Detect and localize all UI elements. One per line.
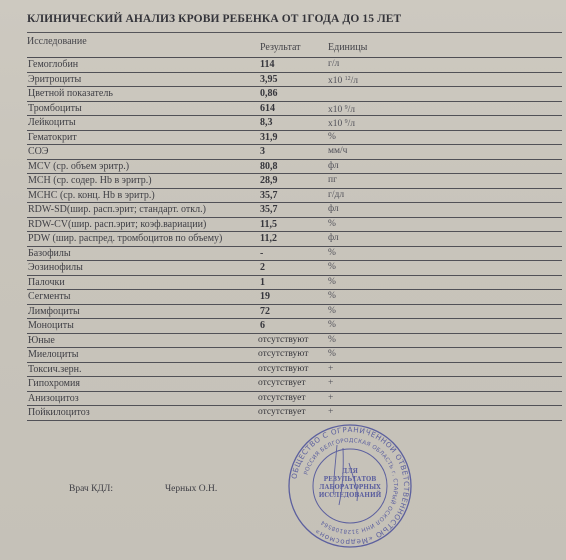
doctor-name: Черных О.Н.	[165, 484, 217, 494]
table-row: RDW-CV(шир. расп.эрит; коэф.вариации)11,…	[27, 218, 562, 233]
row-test-name: Эритроциты	[28, 73, 81, 86]
row-test-name: Юные	[28, 334, 55, 347]
table-row: Лейкоциты8,3x10 9/л	[27, 116, 562, 131]
table-row: Тромбоциты614x10 9/л	[27, 102, 562, 117]
column-header-study: Исследование	[27, 36, 87, 47]
row-result-value: 72	[260, 305, 270, 318]
row-test-name: Сегменты	[28, 290, 70, 303]
row-test-name: MCHC (ср. конц. Hb в эритр.)	[28, 189, 155, 202]
table-row: Моноциты6%	[27, 319, 562, 334]
row-test-name: СОЭ	[28, 145, 49, 158]
row-result-value: 3,95	[260, 73, 278, 86]
row-unit: фл	[328, 160, 339, 173]
table-row: MCV (ср. объем эритр.)80,8фл	[27, 160, 562, 175]
row-result-value: отсутствуют	[258, 334, 308, 347]
row-test-name: Палочки	[28, 276, 65, 289]
row-test-name: PDW (шир. распред. тромбоцитов по объему…	[28, 232, 222, 245]
row-test-name: Тромбоциты	[28, 102, 82, 115]
row-test-name: Миелоциты	[28, 348, 78, 361]
column-header-result: Результат	[260, 42, 301, 53]
table-row: RDW-SD(шир. расп.эрит; стандарт. откл.)3…	[27, 203, 562, 218]
row-test-name: Токсич.зерн.	[28, 363, 82, 376]
row-unit: %	[328, 218, 336, 231]
row-result-value: 11,5	[260, 218, 277, 231]
row-result-value: 6	[260, 319, 265, 332]
row-unit: %	[328, 131, 336, 144]
row-test-name: Лейкоциты	[28, 116, 76, 129]
row-result-value: 3	[260, 145, 265, 158]
row-unit: x10 12/л	[328, 73, 358, 88]
row-unit: %	[328, 334, 336, 347]
row-unit: %	[328, 261, 336, 274]
table-row: PDW (шир. распред. тромбоцитов по объему…	[27, 232, 562, 247]
table-row: Миелоцитыотсутствуют%	[27, 348, 562, 363]
table-row: MCHC (ср. конц. Hb в эритр.)35,7г/дл	[27, 189, 562, 204]
lab-report-page: КЛИНИЧЕСКИЙ АНАЛИЗ КРОВИ РЕБЕНКА ОТ 1ГОД…	[0, 0, 566, 560]
row-unit: +	[328, 377, 333, 390]
row-result-value: отсутствует	[258, 377, 306, 390]
row-test-name: Цветной показатель	[28, 87, 113, 100]
row-test-name: Лимфоциты	[28, 305, 80, 318]
row-unit: %	[328, 290, 336, 303]
results-table: Гемоглобин114г/лЭритроциты3,95x10 12/лЦв…	[27, 58, 562, 421]
lab-stamp-icon: ОБЩЕСТВО С ОГРАНИЧЕННОЙ ОТВЕТСТВЕННОСТЬЮ…	[287, 423, 413, 549]
row-test-name: Моноциты	[28, 319, 74, 332]
table-row: MCH (ср. содер. Hb в эритр.)28,9пг	[27, 174, 562, 189]
row-result-value: отсутствует	[258, 392, 306, 405]
row-result-value: 2	[260, 261, 265, 274]
row-result-value: 35,7	[260, 189, 278, 202]
row-unit: %	[328, 247, 336, 260]
row-unit: фл	[328, 203, 339, 216]
doctor-label: Врач КДЛ:	[69, 484, 113, 494]
table-row: Гематокрит31,9%	[27, 131, 562, 146]
row-result-value: отсутствуют	[258, 363, 308, 376]
row-unit: %	[328, 319, 336, 332]
row-result-value: 35,7	[260, 203, 278, 216]
title-divider	[27, 32, 562, 33]
table-row: Эритроциты3,95x10 12/л	[27, 73, 562, 88]
row-unit: +	[328, 406, 333, 419]
row-unit: %	[328, 348, 336, 361]
row-result-value: 80,8	[260, 160, 278, 173]
table-row: Базофилы-%	[27, 247, 562, 262]
row-test-name: Гемоглобин	[28, 58, 78, 71]
table-row: Пойкилоцитозотсутствует+	[27, 406, 562, 421]
row-unit: +	[328, 363, 333, 376]
row-unit: +	[328, 392, 333, 405]
row-result-value: отсутствуют	[258, 348, 308, 361]
row-result-value: 19	[260, 290, 270, 303]
row-result-value: 0,86	[260, 87, 278, 100]
row-result-value: 11,2	[260, 232, 277, 245]
table-row: Эозинофилы2%	[27, 261, 562, 276]
table-row: Токсич.зерн.отсутствуют+	[27, 363, 562, 378]
row-unit: мм/ч	[328, 145, 347, 158]
row-result-value: 8,3	[260, 116, 273, 129]
row-result-value: 114	[260, 58, 274, 71]
column-header-units: Единицы	[328, 42, 367, 53]
row-result-value: 28,9	[260, 174, 278, 187]
report-title: КЛИНИЧЕСКИЙ АНАЛИЗ КРОВИ РЕБЕНКА ОТ 1ГОД…	[27, 13, 401, 25]
table-row: Анизоцитозотсутствует+	[27, 392, 562, 407]
row-test-name: RDW-SD(шир. расп.эрит; стандарт. откл.)	[28, 203, 206, 216]
table-row: Цветной показатель0,86	[27, 87, 562, 102]
row-unit: пг	[328, 174, 337, 187]
table-row: Лимфоциты72%	[27, 305, 562, 320]
row-test-name: Базофилы	[28, 247, 71, 260]
table-row: Сегменты19%	[27, 290, 562, 305]
row-unit: x10 9/л	[328, 102, 355, 117]
row-result-value: 1	[260, 276, 265, 289]
row-test-name: Анизоцитоз	[28, 392, 79, 405]
row-test-name: Гипохромия	[28, 377, 80, 390]
row-unit: г/дл	[328, 189, 344, 202]
row-test-name: MCH (ср. содер. Hb в эритр.)	[28, 174, 152, 187]
row-unit: фл	[328, 232, 339, 245]
row-test-name: MCV (ср. объем эритр.)	[28, 160, 129, 173]
row-unit: %	[328, 276, 336, 289]
row-test-name: Эозинофилы	[28, 261, 83, 274]
row-unit: x10 9/л	[328, 116, 355, 131]
row-test-name: Пойкилоцитоз	[28, 406, 90, 419]
table-row: Гипохромияотсутствует+	[27, 377, 562, 392]
svg-text:ДЛЯРЕЗУЛЬТАТОВЛАБОРАТОРНЫХИССЛ: ДЛЯРЕЗУЛЬТАТОВЛАБОРАТОРНЫХИССЛЕДОВАНИЙ	[319, 468, 382, 499]
row-result-value: 614	[260, 102, 275, 115]
table-row: Юныеотсутствуют%	[27, 334, 562, 349]
table-row: Палочки1%	[27, 276, 562, 291]
row-result-value: -	[260, 247, 263, 260]
row-result-value: 31,9	[260, 131, 278, 144]
table-row: СОЭ3мм/ч	[27, 145, 562, 160]
row-test-name: Гематокрит	[28, 131, 77, 144]
row-test-name: RDW-CV(шир. расп.эрит; коэф.вариации)	[28, 218, 206, 231]
row-result-value: отсутствует	[258, 406, 306, 419]
table-row: Гемоглобин114г/л	[27, 58, 562, 73]
row-unit: г/л	[328, 58, 339, 71]
row-unit: %	[328, 305, 336, 318]
